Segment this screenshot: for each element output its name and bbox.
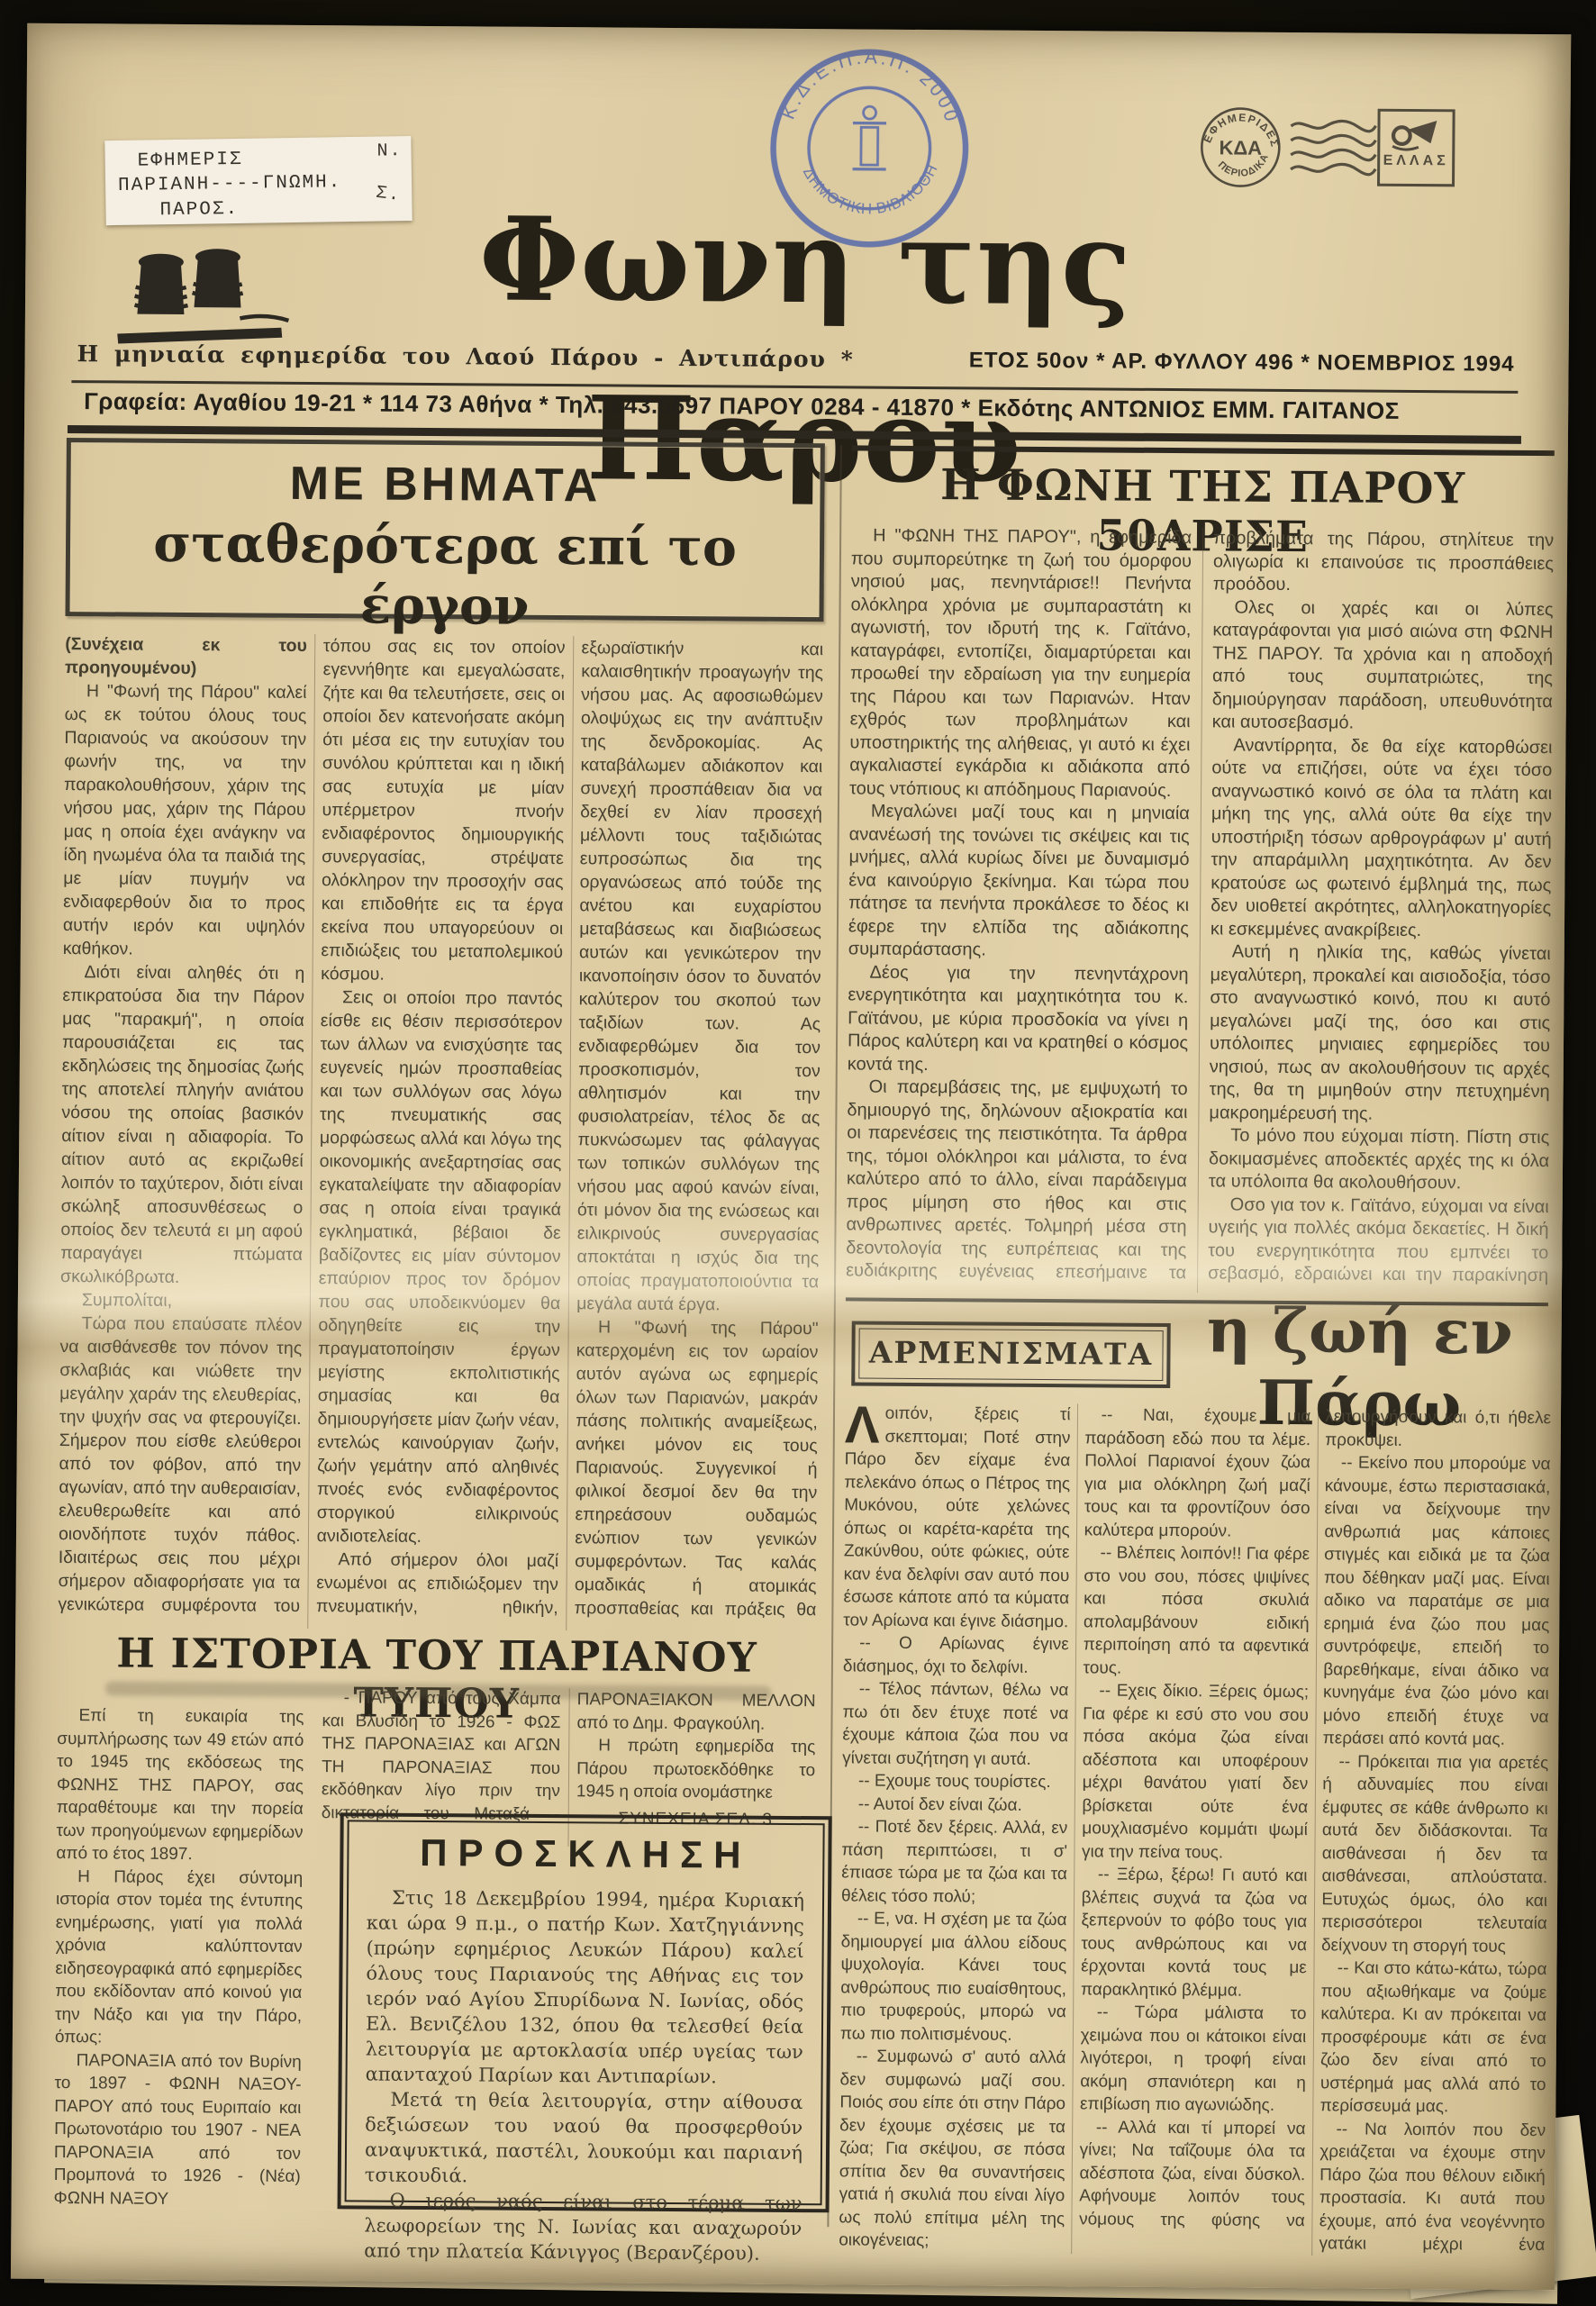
paragraph: Συμπολίται, [60, 1288, 303, 1313]
prosklisi-inner: ΠΡΟΣΚΛΗΣΗ Στις 18 Δεκεμβρίου 1994, ημέρα… [340, 1816, 829, 2274]
istoria-left-column: Επί τη ευκαιρία της συμπλήρωσης των 49 ε… [53, 1704, 304, 2247]
paragraph: Σεις οι οποίοι προ παντός είσθε εις θέσι… [317, 985, 563, 1549]
prosklisi-body: Στις 18 Δεκεμβρίου 1994, ημέρα Κυριακή κ… [364, 1885, 804, 2267]
masthead-subtitle: Η μηνιαία εφημερίδα του Λαού Πάρου - Αντ… [77, 340, 853, 372]
paragraph: Διότι είναι αληθές ότι η επικρατούσα δια… [60, 960, 304, 1290]
vimata-headline-line2: σταθερότερα επί το έργον [69, 513, 820, 639]
armenismata-section-label: ΑΡΜΕΝΙΣΜΑΤΑ [855, 1324, 1166, 1383]
paragraph: -- Και στο κάτω-κάτω, τώρα που αξιωθήκαμ… [1320, 1956, 1547, 2119]
paragraph: -- Πρόκειται πια για αρετές ή αδυναμίες … [1321, 1750, 1548, 1958]
wavy-cancellation-lines-icon [1289, 119, 1377, 179]
paragraph: Η πρώτη εφημερίδα της Πάρου πρωτοεκδόθηκ… [576, 1734, 816, 1804]
newspaper-front-page: ΕΦΗΜΕΡΙΣ ΠΑΡΙΑΝΗ----ΓΝΩΜΗ. ΠΑΡΟΣ. Ν. Σ. … [11, 23, 1571, 2290]
paragraph: Μετά τη θεία λειτουργία, στην αίθουσα δε… [365, 2087, 803, 2192]
paragraph: (Συνέχεια εκ του προηγουμένου) [65, 632, 307, 681]
paragraph: Στις 18 Δεκεμβρίου 1994, ημέρα Κυριακή κ… [366, 1885, 805, 2091]
postal-horn-icon [1386, 117, 1446, 151]
paragraph: Το μόνο που εύχομαι πίστη. Πίστη στις δο… [1209, 1124, 1550, 1195]
vimata-headline-box: ΜΕ ΒΗΜΑΤΑ σταθερότερα επί το έργον [65, 438, 824, 622]
arise-article-body: Η "ΦΩΝΗ ΤΗΣ ΠΑΡΟΥ", η εφημερίδα που συμπ… [846, 524, 1554, 1295]
armenismata-section-box: ΑΡΜΕΝΙΣΜΑΤΑ [851, 1321, 1171, 1388]
paragraph: -- Ε, να. Η σχέση με τα ζώα δημιουργεί μ… [840, 1907, 1067, 2047]
paragraph: Ολες οι χαρές και οι λύπες καταγράφονται… [1212, 596, 1554, 737]
paragraph: ΠΑΡΟΝΑΞΙΑ από τον Βυρίνη το 1897 - ΦΩΝΗ … [54, 2048, 302, 2211]
paragraph: -- Εχεις δίκιο. Ξέρεις όμως; Για φέρε κι… [1082, 1679, 1309, 1865]
paragraph: -- Τώρα μάλιστα το χειμώνα που οι κάτοικ… [1080, 2001, 1307, 2117]
paragraph: -- Συμφωνώ σ' αυτό αλλά δεν συμφωνώ μαζί… [839, 2045, 1066, 2253]
vimata-article-body: (Συνέχεια εκ του προηγουμένου)Η "Φωνή τη… [58, 632, 823, 1632]
paragraph: -- Αυτοί δεν είναι ζώα. [842, 1793, 1068, 1817]
margin-note: Ν. [376, 140, 402, 163]
paragraph: Δέος για την πενηντάχρονη ενεργητικότητα… [848, 961, 1189, 1078]
paragraph: Η Πάρος έχει σύντομη ιστορία στον τομέα … [55, 1865, 303, 2050]
kda-postmark-icon: ΕΦΗΜΕΡΙΔΕΣ ΚΔΑ ΠΕΡΙΟΔΙΚΑ [1197, 104, 1284, 191]
issue-info: ΕΤΟΣ 50ον * ΑΡ. ΦΥΛΛΟΥ 496 * ΝΟΕΜΒΡΙΟΣ 1… [969, 348, 1515, 377]
prosklisi-title: ΠΡΟΣΚΛΗΣΗ [367, 1831, 804, 1878]
sticker-line: ΠΑΡΟΣ. [118, 195, 399, 223]
paragraph: Αυτή η ηλικία της, καθώς γίνεται μεγαλύτ… [1209, 940, 1550, 1127]
paragraph: Λοιπόν, ξέρεις τί σκεπτομαι; Ποτέ στην Π… [843, 1402, 1071, 1633]
paragraph: Η "ΦΩΝΗ ΤΗΣ ΠΑΡΟΥ", η εφημερίδα που συμπ… [849, 524, 1192, 803]
archive-label-sticker: ΕΦΗΜΕΡΙΣ ΠΑΡΙΑΝΗ----ΓΝΩΜΗ. ΠΑΡΟΣ. Ν. Σ. [104, 136, 412, 225]
margin-note: Σ. [375, 182, 403, 208]
paragraph: -- Εχουμε τους τουρίστες. [842, 1769, 1068, 1793]
paragraph: -- Ο Αρίωνας έγινε διάσημος, όχι το δελφ… [843, 1631, 1069, 1679]
armenismata-article-body: Λοιπόν, ξέρεις τί σκεπτομαι; Ποτέ στην Π… [839, 1402, 1551, 2257]
paragraph: -- Ποτέ δεν ξέρεις. Αλλά, εν πάση περιπτ… [841, 1815, 1067, 1909]
hellas-label: ΕΛΛΑΣ [1380, 153, 1452, 170]
paragraph: -- Τέλος πάντων, θέλω να πω ότι δεν έτυχ… [842, 1677, 1068, 1771]
library-round-stamp-icon: Κ.Δ.Ε.Π.Α.Π. 2000 ΔΗΜΟΤΙΚΗ ΒΙΒΛΙΟΘΗΚΗ [764, 43, 975, 254]
paragraph: Επί τη ευκαιρία της συμπλήρωσης των 49 ε… [56, 1704, 304, 1867]
paragraph: Μεγαλώνει μαζί τους και η μηνιαία ανανέω… [848, 800, 1190, 963]
paragraph: -- Εκείνο που μπορούμε να κάνουμε, έστω … [1323, 1451, 1551, 1751]
hellas-postal-stamp: ΕΛΛΑΣ [1377, 109, 1455, 187]
prosklisi-invitation-box: ΠΡΟΣΚΛΗΣΗ Στις 18 Δεκεμβρίου 1994, ημέρα… [338, 1812, 832, 2212]
postmark-center-text: ΚΔΑ [1219, 136, 1262, 159]
vimata-headline-line1: ΜΕ ΒΗΜΑΤΑ [70, 455, 820, 514]
paragraph: Ο ιερός ναός είναι στο τέρμα των λεωφορε… [364, 2188, 803, 2267]
paragraph: Αναντίρρητα, δε θα είχε κατορθώσει ούτε … [1211, 734, 1553, 943]
paragraph: -- Ναι, έχουμε μια παράδοση εδώ που τα λ… [1084, 1403, 1311, 1543]
paragraph: -- Βλέπεις λοιπόν!! Για φέρε στο νου σου… [1084, 1541, 1310, 1681]
paragraph: Η "Φωνή της Πάρου" καλεί ως εκ τούτου όλ… [63, 679, 307, 962]
paragraph: -- Ξέρω, ξέρω! Γι αυτό και βλέπεις συχνά… [1081, 1863, 1308, 2002]
